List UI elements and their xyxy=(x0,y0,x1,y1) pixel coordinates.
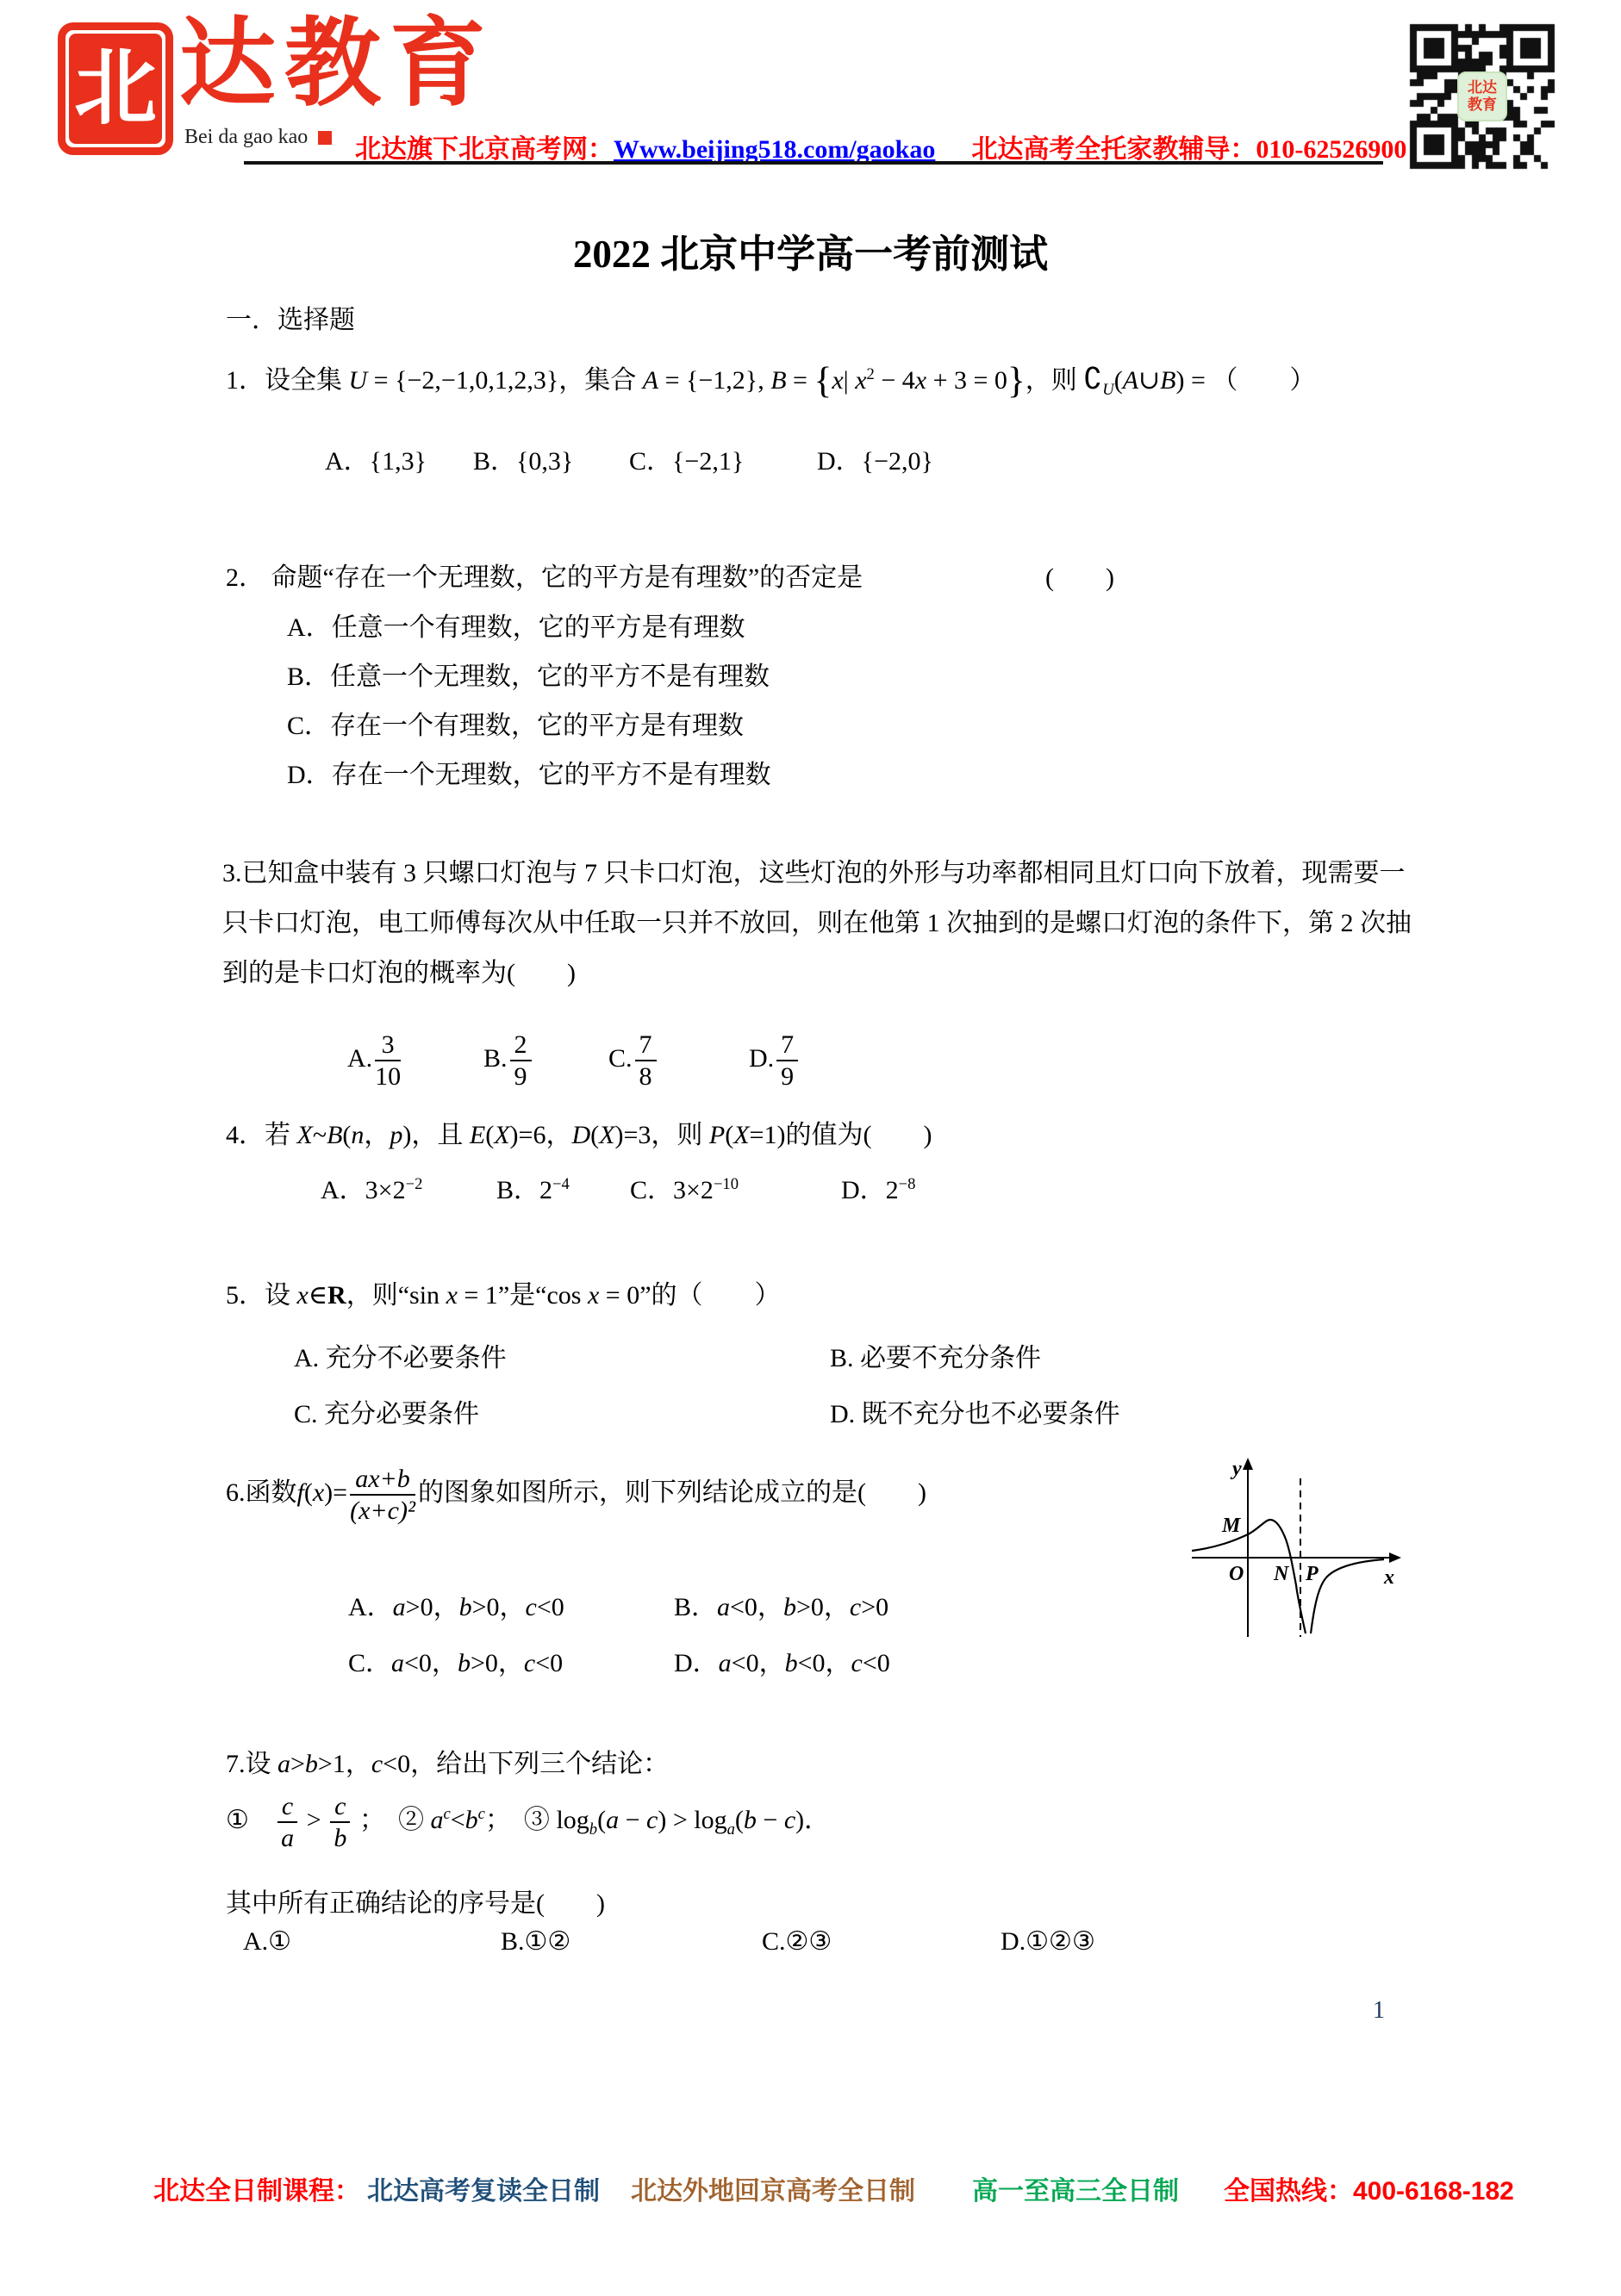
q1-stem: 1．设全集 U = {−2,−1,0,1,2,3}，集合 A = {−1,2},… xyxy=(226,358,1315,400)
qr-center-badge: 北达 教育 xyxy=(1457,72,1507,121)
logo-romanized-text: Bei da gao kao xyxy=(184,126,308,148)
page-footer: 北达全日制课程：北达高考复读全日制北达外地回京高考全日制高一至高三全日制全国热线… xyxy=(153,2169,1514,2207)
q7-option-a: A.① xyxy=(243,1926,291,1957)
logo-wordmark: 达教育 xyxy=(179,12,495,118)
graph-label-p: P xyxy=(1305,1563,1319,1585)
q5-option-c: C. 充分必要条件 xyxy=(294,1392,479,1430)
q1-option-d: D．{−2,0} xyxy=(817,439,933,477)
q2-stem-row: 2． 命题“存在一个无理数，它的平方是有理数”的否定是 ( ) xyxy=(0,556,1621,595)
q5-option-d: D. 既不充分也不必要条件 xyxy=(830,1392,1120,1430)
q1-option-a: A．{1,3} xyxy=(325,439,427,477)
qr-code: 北达 教育 xyxy=(1406,21,1558,172)
q6-options-row2: C．a<0，b>0，c<0 D．a<0，b<0，c<0 xyxy=(0,1641,1621,1681)
x-axis-arrow-icon xyxy=(1389,1552,1401,1563)
logo-stamp-character: 北 xyxy=(74,47,157,130)
logo-romanized: Bei da gao kao xyxy=(184,126,332,149)
graph-label-m: M xyxy=(1221,1515,1242,1537)
red-square-icon xyxy=(318,131,332,145)
q7-option-d: D.①②③ xyxy=(1001,1926,1095,1957)
footer-program-2: 北达外地回京高考全日制 xyxy=(631,2177,915,2206)
q5-option-a: A. 充分不必要条件 xyxy=(294,1336,507,1374)
q6-option-d: D．a<0，b<0，c<0 xyxy=(674,1641,890,1679)
q1-options: A．{1,3} B．{0,3} C．{−2,1} D．{−2,0} xyxy=(0,439,1621,479)
q2-answer-paren: ( ) xyxy=(1045,556,1114,594)
logo-stamp-fill: 北 xyxy=(69,34,162,144)
q3-stem-line1: 3.已知盒中装有 3 只螺口灯泡与 7 只卡口灯泡，这些灯泡的外形与功率都相同且… xyxy=(222,849,1410,899)
footer-program-1: 北达高考复读全日制 xyxy=(367,2177,600,2206)
q3-stem-line3: 到的是卡口灯泡的概率为( ) xyxy=(222,949,1410,999)
q7-option-b: B.①② xyxy=(501,1926,570,1957)
q6-function-graph: y x O M N P xyxy=(1188,1454,1407,1644)
graph-label-x: x xyxy=(1383,1566,1394,1589)
q1-option-b: B．{0,3} xyxy=(473,439,573,477)
q4-options: A．3×2−2 B．2−4 C．3×2−10 D．2−8 xyxy=(0,1168,1621,1208)
site-label: 北达旗下北京高考网： xyxy=(355,135,614,164)
q7-option-c: C.②③ xyxy=(762,1926,832,1957)
graph-label-y: y xyxy=(1230,1458,1242,1480)
graph-label-origin: O xyxy=(1229,1563,1244,1585)
q4-option-b: B．2−4 xyxy=(496,1168,570,1206)
footer-hotline: 全国热线：400-6168-182 xyxy=(1224,2177,1514,2206)
section-heading: 一．选择题 xyxy=(226,298,355,336)
logo-stamp: 北 xyxy=(58,22,173,155)
tutor-phone: 010-62526900 xyxy=(1256,135,1406,164)
q6-option-a: A．a>0，b>0，c<0 xyxy=(348,1585,564,1623)
q6-option-c: C．a<0，b>0，c<0 xyxy=(348,1641,563,1679)
q7-stem-line3: 其中所有正确结论的序号是( ) xyxy=(226,1882,605,1920)
q6-option-b: B．a<0，b>0，c>0 xyxy=(674,1585,888,1623)
q2-option-b: B．任意一个无理数，它的平方不是有理数 xyxy=(287,655,770,693)
q7-options: A.① B.①② C.②③ D.①②③ xyxy=(0,1926,1621,1966)
q6-stem: 6.函数f(x)=ax+b(x+c)²的图象如图所示，则下列结论成立的是( ) xyxy=(226,1465,926,1525)
q7-stem-line1: 7.设 a>b>1，c<0，给出下列三个结论： xyxy=(226,1742,669,1780)
qr-badge-line1: 北达 xyxy=(1468,79,1497,96)
q2-option-d: D．存在一个无理数，它的平方不是有理数 xyxy=(287,753,771,791)
q5-option-b: B. 必要不充分条件 xyxy=(830,1336,1041,1374)
q3-option-d: D.79 xyxy=(749,1030,801,1091)
y-axis-arrow-icon xyxy=(1243,1458,1253,1470)
footer-label: 北达全日制课程： xyxy=(153,2177,360,2206)
footer-program-3: 高一至高三全日制 xyxy=(972,2177,1179,2206)
header-info: 北达旗下北京高考网：Www.beijing518.com/gaokao北达高考全… xyxy=(355,128,1406,165)
graph-label-n: N xyxy=(1273,1563,1290,1585)
tutor-label: 北达高考全托家教辅导： xyxy=(971,135,1256,164)
q3-options: A.310 B.29 C.78 D.79 xyxy=(0,1015,1621,1098)
q4-stem: 4．若 X~B(n，p)，且 E(X)=6，D(X)=3，则 P(X=1)的值为… xyxy=(226,1113,932,1151)
exam-page: 北 达教育 Bei da gao kao 北达旗下北京高考网：Www.beiji… xyxy=(0,0,1621,2296)
q2-option-a: A．任意一个有理数，它的平方是有理数 xyxy=(287,606,745,644)
curve-right-branch xyxy=(1311,1559,1384,1633)
q7-statements-line: ① ca > cb ； ② ac<bc； ③ logb(a − c) > log… xyxy=(226,1792,830,1852)
q3-option-b: B.29 xyxy=(483,1030,534,1091)
page-number: 1 xyxy=(1373,1997,1385,2025)
q2-option-c: C．存在一个有理数，它的平方是有理数 xyxy=(287,704,744,742)
q2-stem: 2． 命题“存在一个无理数，它的平方是有理数”的否定是 xyxy=(226,556,863,594)
q3-stem: 3.已知盒中装有 3 只螺口灯泡与 7 只卡口灯泡，这些灯泡的外形与功率都相同且… xyxy=(222,849,1410,999)
q3-option-a: A.310 xyxy=(347,1030,403,1091)
header-divider xyxy=(244,161,1383,165)
q4-option-c: C．3×2−10 xyxy=(630,1168,739,1206)
exam-title: 2022 北京中学高一考前测试 xyxy=(0,222,1621,278)
q4-option-d: D．2−8 xyxy=(841,1168,915,1206)
q3-option-c: C.78 xyxy=(608,1030,659,1091)
site-link[interactable]: Www.beijing518.com/gaokao xyxy=(614,135,935,164)
qr-badge-line2: 教育 xyxy=(1468,96,1497,114)
q5-options-row2: C. 充分必要条件 D. 既不充分也不必要条件 xyxy=(0,1392,1621,1432)
q4-option-a: A．3×2−2 xyxy=(321,1168,422,1206)
q5-stem: 5．设 x∈R，则“sin x = 1”是“cos x = 0”的（ ） xyxy=(226,1273,781,1311)
q3-stem-line2: 只卡口灯泡，电工师傅每次从中任取一只并不放回，则在他第 1 次抽到的是螺口灯泡的… xyxy=(222,899,1410,949)
q5-options-row1: A. 充分不必要条件 B. 必要不充分条件 xyxy=(0,1336,1621,1376)
q1-option-c: C．{−2,1} xyxy=(629,439,744,477)
